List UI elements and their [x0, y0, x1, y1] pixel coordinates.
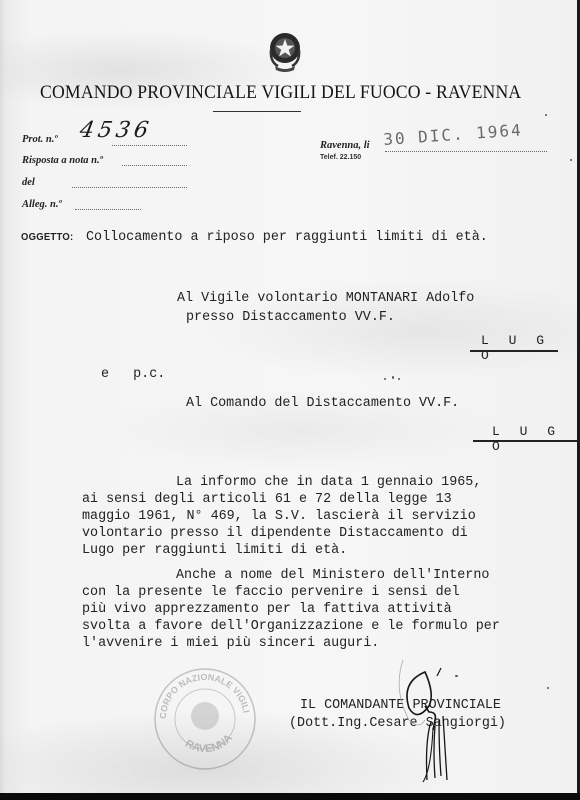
recipient-city: L U G O: [481, 333, 577, 363]
prot-dotted-line: [112, 145, 187, 146]
recipient-line-1: Al Vigile volontario MONTANARI Adolfo: [177, 290, 474, 307]
body-p1-line-2: ai sensi degli articoli 61 e 72 della le…: [82, 491, 452, 508]
recipient-line-2: presso Distaccamento VV.F.: [186, 309, 395, 326]
del-dotted-line: [72, 187, 187, 188]
body-p2-line-5: l'avvenire i miei più sinceri auguri.: [82, 635, 379, 652]
subject-text: Collocamento a riposo per raggiunti limi…: [86, 229, 488, 246]
recipient-city-underline: [470, 350, 558, 352]
alleg-dotted-line: [75, 209, 141, 210]
paper-speck: [570, 159, 572, 161]
italian-republic-emblem-icon: [266, 30, 304, 74]
paper-speck: [547, 687, 549, 689]
cc-city: L U G O: [492, 424, 577, 454]
prot-number-handwritten: 4536: [78, 118, 154, 143]
handwritten-signature: [395, 650, 465, 785]
date-stamp: 30 DIC. 1964: [383, 120, 524, 149]
prot-label: Prot. n.º: [22, 134, 58, 145]
official-seal-stamp: CORPO NAZIONALE VIGILI DEL FUOCO RAVENNA: [152, 666, 258, 772]
body-p1-line-5: Lugo per raggiunti limiti di età.: [82, 542, 347, 559]
cc-prefix: e p.c.: [101, 366, 165, 383]
cc-recipient-line: Al Comando del Distaccamento VV.F.: [186, 395, 459, 412]
paper-speck: [545, 114, 547, 116]
date-dotted-line: [385, 151, 547, 152]
body-p2-line-3: più vivo apprezzamento per la fattiva at…: [82, 601, 452, 618]
paper-speck: [392, 376, 394, 379]
letterhead-rule: [213, 111, 301, 112]
alleg-label: Alleg. n.º: [22, 199, 62, 210]
del-label: del: [22, 177, 35, 188]
paper-speck: [455, 675, 458, 677]
letter-page: COMANDO PROVINCIALE VIGILI DEL FUOCO - R…: [0, 0, 577, 793]
place-label: Ravenna, li: [320, 140, 370, 151]
cc-city-underline: [473, 440, 577, 442]
telephone-number: Telef. 22.150: [320, 154, 361, 161]
subject-label: OGGETTO:: [21, 231, 73, 243]
body-p1-line-3: maggio 1961, N° 469, la S.V. lascierà il…: [82, 508, 476, 525]
body-p2-line-2: con la presente le faccio pervenire i se…: [82, 584, 460, 601]
body-p2-line-4: svolta a favore dell'Organizzazione e le…: [82, 618, 500, 635]
letterhead-title: COMANDO PROVINCIALE VIGILI DEL FUOCO - R…: [40, 82, 505, 104]
paper-speck: [398, 378, 400, 380]
scan-edge-bottom: [0, 793, 580, 800]
body-p2-line-1: Anche a nome del Ministero dell'Interno: [176, 567, 489, 584]
body-p1-line-4: volontario presso il dipendente Distacca…: [82, 525, 468, 542]
body-p1-line-1: La informo che in data 1 gennaio 1965,: [176, 474, 481, 491]
risposta-label: Risposta a nota n.º: [22, 155, 103, 166]
risposta-dotted-line: [122, 165, 187, 166]
paper-speck: [384, 378, 386, 380]
svg-text:RAVENNA: RAVENNA: [183, 732, 235, 755]
